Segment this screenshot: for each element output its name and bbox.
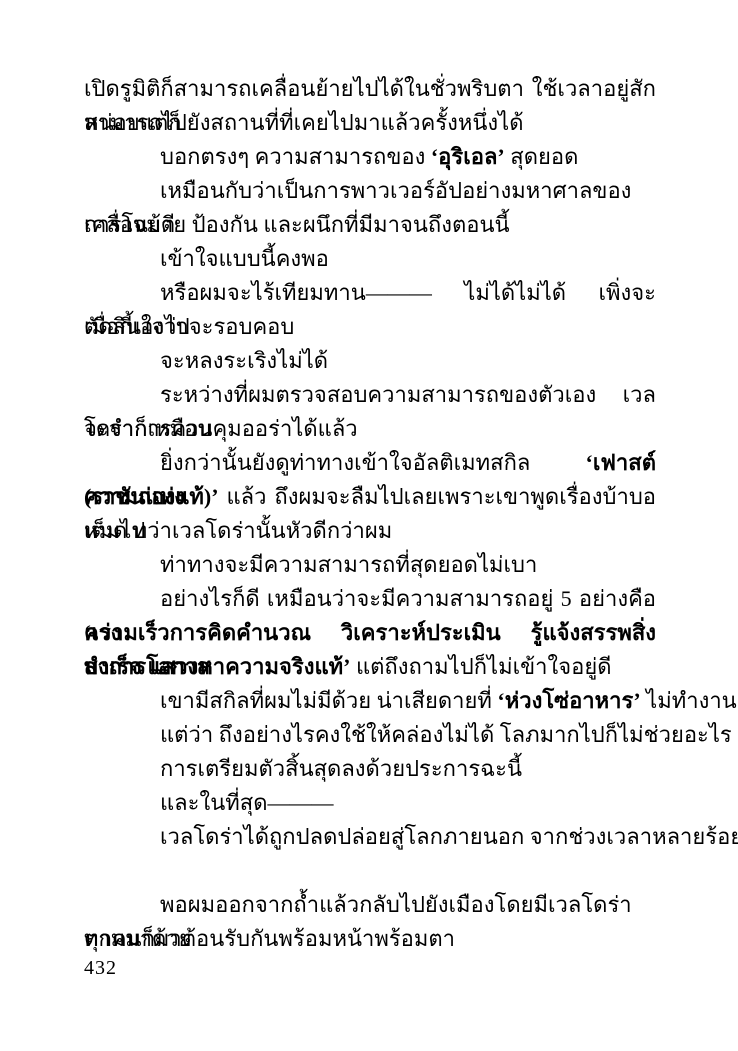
text-line: หรือผมจะไร้เทียมทาน——— ไม่ได้ไม่ได้ เพิ่… (84, 276, 656, 310)
text-segment: สำเร็จ แสวงหาความจริงแท้’ (84, 654, 350, 679)
text-segment: ยิ่งกว่านั้นยังดูท่าทางเข้าใจอัลติเมทสกิ… (160, 450, 586, 475)
text-segment: ไม่ทำงาน (641, 688, 737, 713)
text-segment: แต่ว่า ถึงอย่างไรคงใช้ให้คล่องไม่ได้ โลภ… (160, 722, 732, 747)
page-number: 432 (84, 954, 117, 982)
text-line: ทุกคนก็มาต้อนรับกันพร้อมหน้าพร้อมตา (84, 922, 656, 956)
book-page: เปิดรูมิติก็สามารถเคลื่อนย้ายไปได้ในชั่ว… (0, 0, 738, 1051)
text-segment: เวลโดร่าได้ถูกปลดปล่อยสู่โลกภายนอก จากช่… (160, 824, 738, 849)
text-segment: และในที่สุด——— (160, 790, 333, 815)
text-segment: เคลื่อนย้าย ป้องกัน และผนึกที่มีมาจนถึงต… (84, 212, 510, 237)
body-text: เปิดรูมิติก็สามารถเคลื่อนย้ายไปได้ในชั่ว… (84, 72, 656, 956)
text-segment: ‘อุริเอล’ (431, 144, 505, 169)
text-segment: จะจำการควบคุมออร่าได้แล้ว (84, 416, 358, 441)
blank-line (84, 854, 656, 888)
text-line: เขามีสกิลที่ผมไม่มีด้วย น่าเสียดายที่ ‘ห… (84, 684, 656, 718)
text-line: หมด ทว่าเวลโดร่านั้นหัวดีกว่าผม (84, 514, 656, 548)
text-line: เมื่อกี้เองว่าจะรอบคอบ (84, 310, 656, 344)
text-line: จะจำการควบคุมออร่าได้แล้ว (84, 412, 656, 446)
text-segment: เข้าใจแบบนี้คงพอ (160, 246, 329, 271)
text-segment: บอกตรงๆ ความสามารถของ (160, 144, 431, 169)
text-segment: หมด ทว่าเวลโดร่านั้นหัวดีกว่าผม (84, 518, 392, 543)
text-segment: ท่าทางจะมีความสามารถที่สุดยอดไม่เบา (160, 552, 537, 577)
text-segment: อย่างไรก็ดี เหมือนว่าจะมีความสามารถอยู่ … (160, 586, 656, 611)
text-line: เคลื่อนย้าย ป้องกัน และผนึกที่มีมาจนถึงต… (84, 208, 656, 242)
text-line: อย่างไรก็ดี เหมือนว่าจะมีความสามารถอยู่ … (84, 582, 656, 616)
text-segment: จะหลงระเริงไม่ได้ (160, 348, 328, 373)
text-line: ยิ่งกว่านั้นยังดูท่าทางเข้าใจอัลติเมทสกิ… (84, 446, 656, 480)
text-segment: สุดยอด (505, 144, 579, 169)
text-segment: เมื่อกี้เองว่าจะรอบคอบ (84, 314, 294, 339)
text-segment: แต่ถึงถามไปก็ไม่เข้าใจอยู่ดี (350, 654, 611, 679)
text-segment: เขามีสกิลที่ผมไม่มีด้วย น่าเสียดายที่ (160, 688, 497, 713)
text-line: สำเร็จ แสวงหาความจริงแท้’ แต่ถึงถามไปก็ไ… (84, 650, 656, 684)
text-line: และในที่สุด——— (84, 786, 656, 820)
text-line: ความเร็วการคิดคำนวณ วิเคราะห์ประเมิน รู้… (84, 616, 656, 650)
text-line: ความถ่องแท้)’ แล้ว ถึงผมจะลืมไปเลยเพราะเ… (84, 480, 656, 514)
text-line: บอกตรงๆ ความสามารถของ ‘อุริเอล’ สุดยอด (84, 140, 656, 174)
text-line: สามารถไปยังสถานที่ที่เคยไปมาแล้วครั้งหนึ… (84, 106, 656, 140)
text-line: เข้าใจแบบนี้คงพอ (84, 242, 656, 276)
text-line: จะหลงระเริงไม่ได้ (84, 344, 656, 378)
text-segment: ความถ่องแท้)’ (84, 484, 219, 509)
text-segment: สามารถไปยังสถานที่ที่เคยไปมาแล้วครั้งหนึ… (84, 110, 524, 135)
text-line: เวลโดร่าได้ถูกปลดปล่อยสู่โลกภายนอก จากช่… (84, 820, 656, 854)
text-line: การเตรียมตัวสิ้นสุดลงด้วยประการฉะนี้ (84, 752, 656, 786)
text-line: พอผมออกจากถ้ำแล้วกลับไปยังเมืองโดยมีเวลโ… (84, 888, 656, 922)
text-line: แต่ว่า ถึงอย่างไรคงใช้ให้คล่องไม่ได้ โลภ… (84, 718, 656, 752)
text-segment: ‘ห่วงโซ่อาหาร’ (497, 688, 640, 713)
text-segment: การเตรียมตัวสิ้นสุดลงด้วยประการฉะนี้ (160, 756, 522, 781)
text-line: ท่าทางจะมีความสามารถที่สุดยอดไม่เบา (84, 548, 656, 582)
text-segment: ทุกคนก็มาต้อนรับกันพร้อมหน้าพร้อมตา (84, 926, 455, 951)
text-line: เหมือนกับว่าเป็นการพาวเวอร์อัปอย่างมหาศา… (84, 174, 656, 208)
text-line: เปิดรูมิติก็สามารถเคลื่อนย้ายไปได้ในชั่ว… (84, 72, 656, 106)
text-line: ระหว่างที่ผมตรวจสอบความสามารถของตัวเอง เ… (84, 378, 656, 412)
